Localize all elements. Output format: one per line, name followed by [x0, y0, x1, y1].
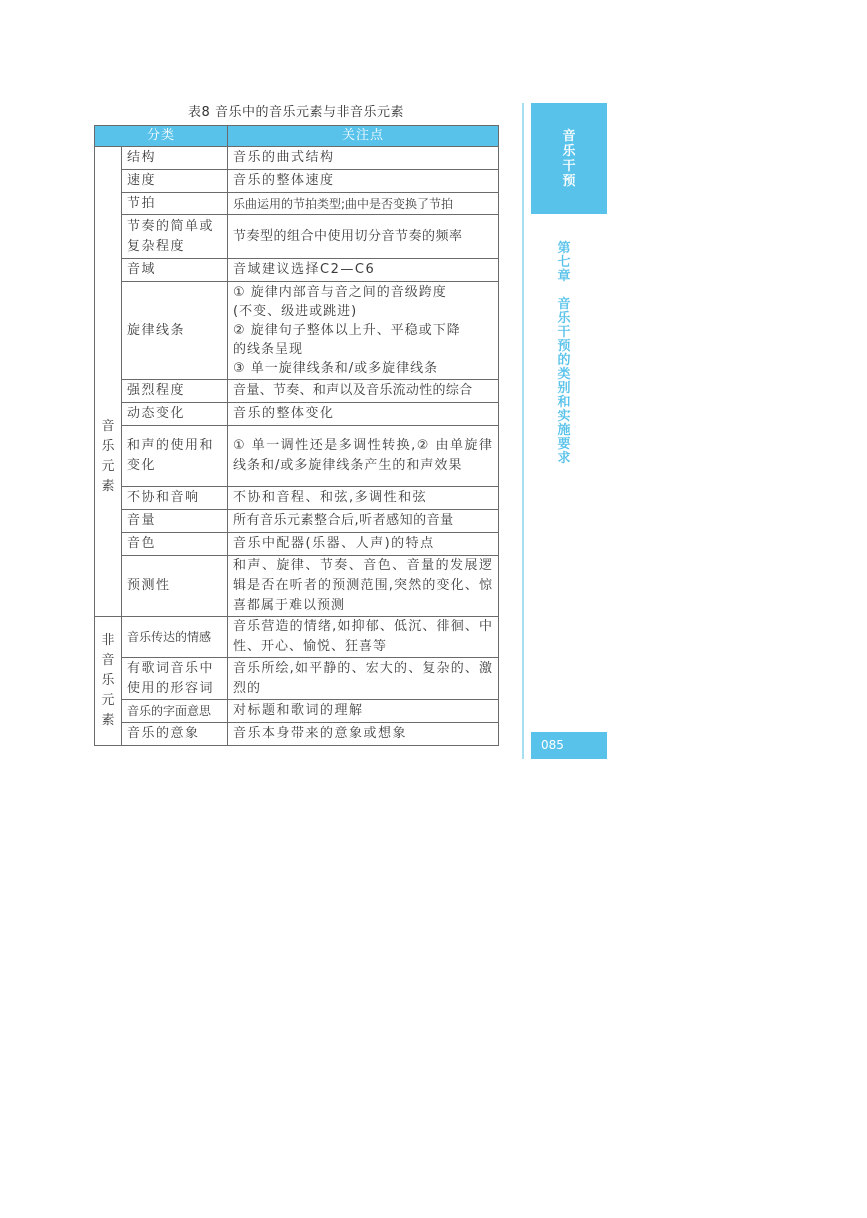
row-item: 节拍: [122, 193, 228, 215]
row-item: 音域: [122, 259, 228, 282]
row-item: 强烈程度: [122, 380, 228, 403]
row-focus: 音乐的整体速度: [228, 170, 499, 193]
table-caption: 表8 音乐中的音乐元素与非音乐元素: [94, 101, 498, 120]
group-char: 乐: [95, 437, 121, 457]
row-focus: 音乐的整体变化: [228, 403, 499, 426]
focus-line: ② 旋律句子整体以上升、平稳或下降: [233, 321, 493, 340]
row-focus: 音乐所绘,如平静的、宏大的、复杂的、激烈的: [228, 658, 499, 700]
row-focus: 音乐营造的情绪,如抑郁、低沉、徘徊、中性、开心、愉悦、狂喜等: [228, 617, 499, 658]
table-row: 音乐的字面意思 对标题和歌词的理解: [95, 700, 499, 723]
group-char: 乐: [95, 671, 121, 691]
table-row: 预测性 和声、旋律、节奏、音色、音量的发展逻辑是否在听者的预测范围,突然的变化、…: [95, 556, 499, 617]
row-item: 有歌词音乐中使用的形容词: [122, 658, 228, 700]
focus-line: ① 旋律内部音与音之间的音级跨度: [233, 283, 493, 302]
margin-divider-line: [522, 103, 524, 759]
row-item: 音色: [122, 533, 228, 556]
group-label-non-music-elements: 非 音 乐 元 素: [95, 617, 122, 746]
row-item: 节奏的简单或复杂程度: [122, 215, 228, 259]
table-row: 音乐的意象 音乐本身带来的意象或想象: [95, 723, 499, 746]
table-row: 速度 音乐的整体速度: [95, 170, 499, 193]
table-row: 强烈程度 音量、节奏、和声以及音乐流动性的综合: [95, 380, 499, 403]
group-char: 素: [95, 477, 121, 497]
section-tab-label: 音乐干预: [562, 129, 576, 189]
table-row: 有歌词音乐中使用的形容词 音乐所绘,如平静的、宏大的、复杂的、激烈的: [95, 658, 499, 700]
row-focus: 音乐本身带来的意象或想象: [228, 723, 499, 746]
group-char: 元: [95, 457, 121, 477]
header-category: 分类: [95, 126, 228, 147]
section-tab: 音乐干预: [531, 103, 607, 214]
row-focus: ① 旋律内部音与音之间的音级跨度 (不变、级进或跳进) ② 旋律句子整体以上升、…: [228, 282, 499, 380]
table-row: 音量 所有音乐元素整合后,听者感知的音量: [95, 510, 499, 533]
row-focus: 乐曲运用的节拍类型;曲中是否变换了节拍: [228, 193, 499, 215]
table-row: 音 乐 元 素 结构 音乐的曲式结构: [95, 147, 499, 170]
row-item: 音量: [122, 510, 228, 533]
row-item: 不协和音响: [122, 487, 228, 510]
row-focus: 和声、旋律、节奏、音色、音量的发展逻辑是否在听者的预测范围,突然的变化、惊喜都属…: [228, 556, 499, 617]
table-row: 音域 音域建议选择C2—C6: [95, 259, 499, 282]
page-number: 085: [531, 732, 607, 759]
row-focus: 所有音乐元素整合后,听者感知的音量: [228, 510, 499, 533]
row-focus: ① 单一调性还是多调性转换,② 由单旋律线条和/或多旋律线条产生的和声效果: [228, 426, 499, 487]
table-row: 节拍 乐曲运用的节拍类型;曲中是否变换了节拍: [95, 193, 499, 215]
focus-line: ③ 单一旋律线条和/或多旋律线条: [233, 359, 493, 378]
row-focus: 对标题和歌词的理解: [228, 700, 499, 723]
group-label-music-elements: 音 乐 元 素: [95, 147, 122, 617]
group-char: 非: [95, 631, 121, 651]
group-char: 元: [95, 691, 121, 711]
row-item: 速度: [122, 170, 228, 193]
row-focus: 音域建议选择C2—C6: [228, 259, 499, 282]
row-focus: 音量、节奏、和声以及音乐流动性的综合: [228, 380, 499, 403]
row-item: 预测性: [122, 556, 228, 617]
table-row: 音色 音乐中配器(乐器、人声)的特点: [95, 533, 499, 556]
focus-line: (不变、级进或跳进): [233, 302, 493, 321]
group-char: 音: [95, 651, 121, 671]
table-row: 旋律线条 ① 旋律内部音与音之间的音级跨度 (不变、级进或跳进) ② 旋律句子整…: [95, 282, 499, 380]
table-header-row: 分类 关注点: [95, 126, 499, 147]
row-focus: 音乐的曲式结构: [228, 147, 499, 170]
table-row: 节奏的简单或复杂程度 节奏型的组合中使用切分音节奏的频率: [95, 215, 499, 259]
row-item: 结构: [122, 147, 228, 170]
header-focus: 关注点: [228, 126, 499, 147]
focus-line: 的线条呈现: [233, 340, 493, 359]
row-focus: 音乐中配器(乐器、人声)的特点: [228, 533, 499, 556]
row-focus: 不协和音程、和弦,多调性和弦: [228, 487, 499, 510]
chapter-heading: 第七章 音乐干预的类别和实施要求: [557, 242, 571, 466]
music-elements-table: 分类 关注点 音 乐 元 素 结构 音乐的曲式结构 速度 音乐的整体速度 节拍 …: [94, 125, 499, 746]
table-row: 非 音 乐 元 素 音乐传达的情感 音乐营造的情绪,如抑郁、低沉、徘徊、中性、开…: [95, 617, 499, 658]
row-focus: 节奏型的组合中使用切分音节奏的频率: [228, 215, 499, 259]
table-row: 动态变化 音乐的整体变化: [95, 403, 499, 426]
chapter-title: 音乐干预的类别和实施要求: [557, 297, 570, 466]
chapter-label: 第七章: [557, 241, 570, 284]
group-char: 素: [95, 711, 121, 731]
row-item: 和声的使用和变化: [122, 426, 228, 487]
row-item: 音乐的意象: [122, 723, 228, 746]
row-item: 动态变化: [122, 403, 228, 426]
chapter-gap: [557, 284, 571, 298]
table-row: 和声的使用和变化 ① 单一调性还是多调性转换,② 由单旋律线条和/或多旋律线条产…: [95, 426, 499, 487]
group-char: 音: [95, 417, 121, 437]
row-item: 音乐传达的情感: [122, 617, 228, 658]
row-item: 旋律线条: [122, 282, 228, 380]
table-row: 不协和音响 不协和音程、和弦,多调性和弦: [95, 487, 499, 510]
row-item: 音乐的字面意思: [122, 700, 228, 723]
